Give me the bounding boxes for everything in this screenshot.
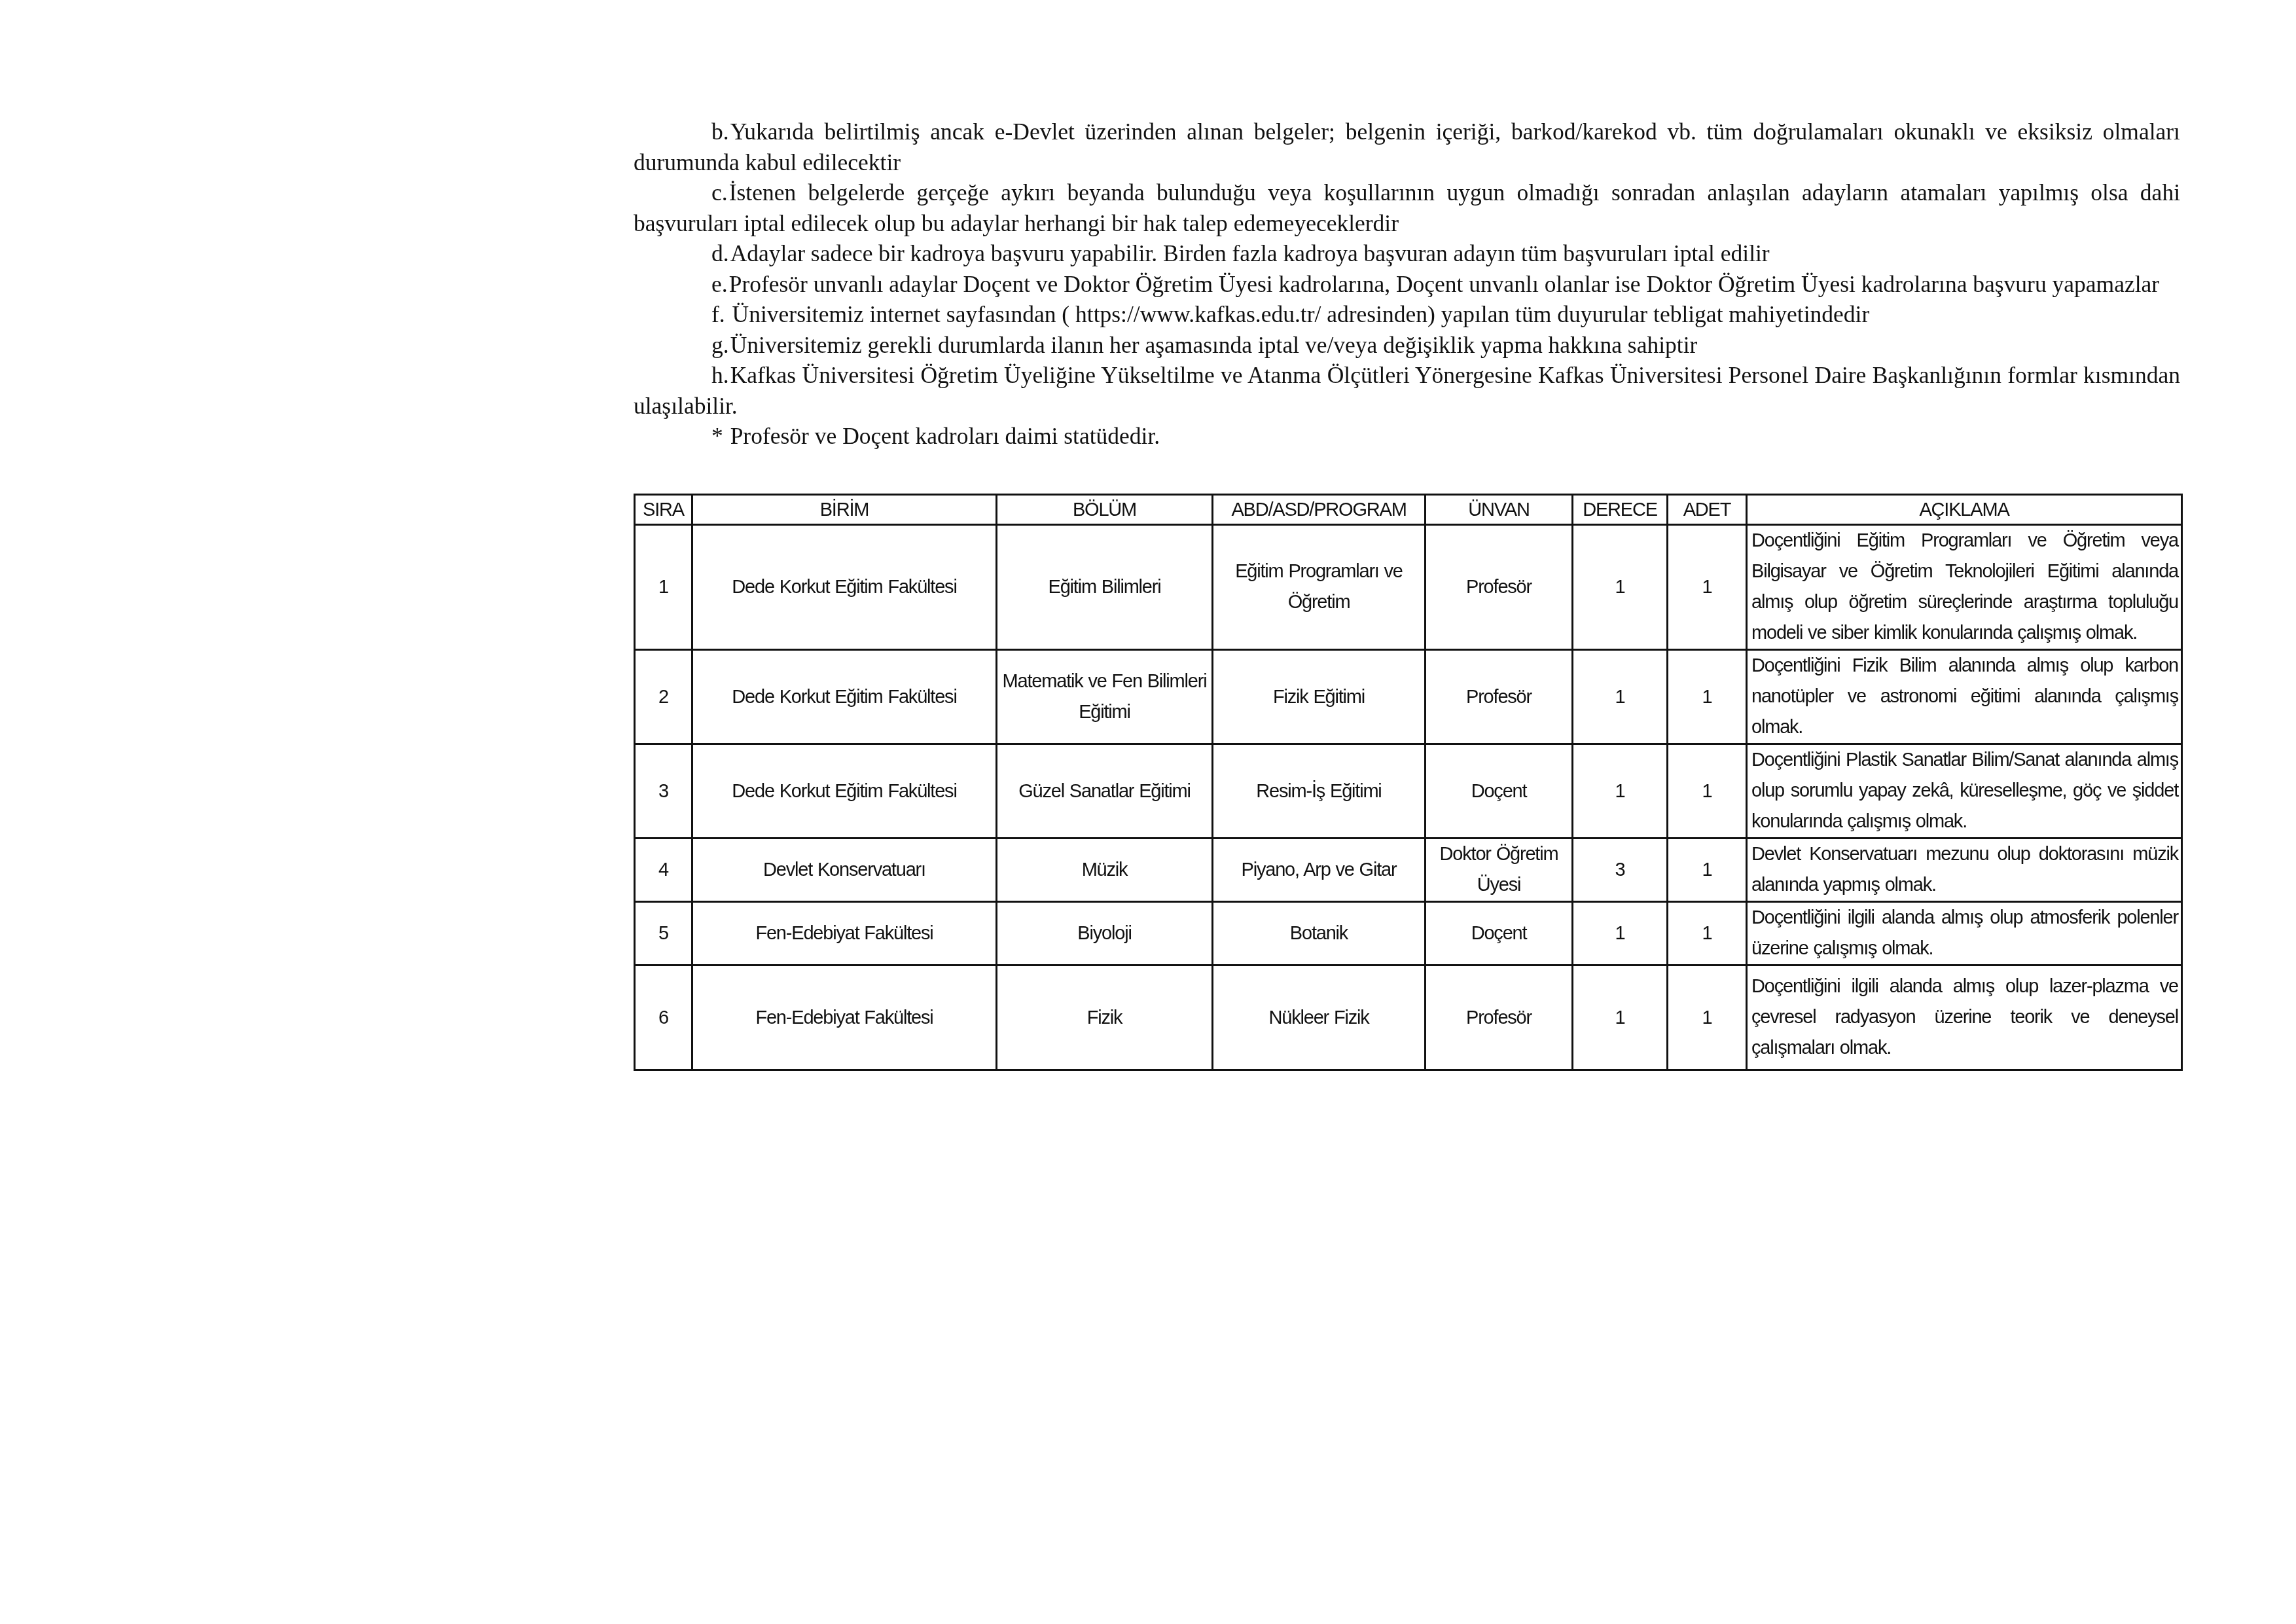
cell-birim: Dede Korkut Eğitim Fakültesi bbox=[692, 744, 997, 839]
cell-sira: 2 bbox=[635, 650, 692, 744]
table-row: 4 Devlet Konservatuarı Müzik Piyano, Arp… bbox=[635, 839, 2182, 902]
cell-program: Piyano, Arp ve Gitar bbox=[1213, 839, 1426, 902]
document-page: b.Yukarıda belirtilmiş ancak e-Devlet üz… bbox=[0, 0, 2296, 1624]
cell-aciklama: Doçentliğini ilgili alanda almış olup at… bbox=[1747, 902, 2182, 965]
header-birim: BİRİM bbox=[692, 495, 997, 525]
cell-birim: Devlet Konservatuarı bbox=[692, 839, 997, 902]
cell-aciklama: Doçentliğini ilgili alanda almış olup la… bbox=[1747, 965, 2182, 1070]
cell-bolum: Müzik bbox=[997, 839, 1213, 902]
condition-f: f. Üniversitemiz internet sayfasından ( … bbox=[634, 299, 2180, 330]
table-row: 2 Dede Korkut Eğitim Fakültesi Matematik… bbox=[635, 650, 2182, 744]
cell-derece: 1 bbox=[1573, 744, 1668, 839]
cell-aciklama: Doçentliğini Eğitim Programları ve Öğret… bbox=[1747, 525, 2182, 650]
condition-e: e.Profesör unvanlı adaylar Doçent ve Dok… bbox=[634, 269, 2180, 300]
item-marker: c. bbox=[711, 179, 728, 206]
item-marker: f. bbox=[711, 301, 725, 327]
item-text: Kafkas Üniversitesi Öğretim Üyeliğine Yü… bbox=[634, 362, 2180, 419]
cell-unvan: Profesör bbox=[1426, 650, 1573, 744]
table-header-row: SIRA BİRİM BÖLÜM ABD/ASD/PROGRAM ÜNVAN D… bbox=[635, 495, 2182, 525]
cell-aciklama: Devlet Konservatuarı mezunu olup doktora… bbox=[1747, 839, 2182, 902]
cell-sira: 3 bbox=[635, 744, 692, 839]
cell-derece: 1 bbox=[1573, 525, 1668, 650]
cell-bolum: Matematik ve Fen Bilimleri Eğitimi bbox=[997, 650, 1213, 744]
cell-program: Botanik bbox=[1213, 902, 1426, 965]
condition-b: b.Yukarıda belirtilmiş ancak e-Devlet üz… bbox=[634, 117, 2180, 177]
cell-adet: 1 bbox=[1668, 525, 1747, 650]
cell-unvan: Doçent bbox=[1426, 902, 1573, 965]
asterisk-marker: * bbox=[711, 423, 723, 449]
cell-birim: Fen-Edebiyat Fakültesi bbox=[692, 965, 997, 1070]
header-program: ABD/ASD/PROGRAM bbox=[1213, 495, 1426, 525]
conditions-text: b.Yukarıda belirtilmiş ancak e-Devlet üz… bbox=[634, 117, 2180, 452]
item-text: Profesör unvanlı adaylar Doçent ve Dokto… bbox=[729, 271, 2160, 297]
item-marker: e. bbox=[711, 271, 728, 297]
cell-derece: 1 bbox=[1573, 965, 1668, 1070]
cell-derece: 3 bbox=[1573, 839, 1668, 902]
cell-derece: 1 bbox=[1573, 902, 1668, 965]
cell-unvan: Profesör bbox=[1426, 525, 1573, 650]
footnote-note: * Profesör ve Doçent kadroları daimi sta… bbox=[634, 421, 2180, 452]
cell-bolum: Biyoloji bbox=[997, 902, 1213, 965]
cell-aciklama: Doçentliğini Plastik Sanatlar Bilim/Sana… bbox=[1747, 744, 2182, 839]
cell-sira: 4 bbox=[635, 839, 692, 902]
cell-birim: Fen-Edebiyat Fakültesi bbox=[692, 902, 997, 965]
condition-g: g.Üniversitemiz gerekli durumlarda ilanı… bbox=[634, 330, 2180, 361]
cell-program: Nükleer Fizik bbox=[1213, 965, 1426, 1070]
cell-adet: 1 bbox=[1668, 839, 1747, 902]
cell-unvan: Doktor Öğretim Üyesi bbox=[1426, 839, 1573, 902]
cell-sira: 6 bbox=[635, 965, 692, 1070]
cell-program: Resim-İş Eğitimi bbox=[1213, 744, 1426, 839]
header-derece: DERECE bbox=[1573, 495, 1668, 525]
header-aciklama: AÇIKLAMA bbox=[1747, 495, 2182, 525]
header-sira: SIRA bbox=[635, 495, 692, 525]
cell-derece: 1 bbox=[1573, 650, 1668, 744]
item-marker: h. bbox=[711, 362, 729, 388]
cell-bolum: Fizik bbox=[997, 965, 1213, 1070]
condition-c: c.İstenen belgelerde gerçeğe aykırı beya… bbox=[634, 177, 2180, 238]
table-row: 6 Fen-Edebiyat Fakültesi Fizik Nükleer F… bbox=[635, 965, 2182, 1070]
header-bolum: BÖLÜM bbox=[997, 495, 1213, 525]
condition-h: h.Kafkas Üniversitesi Öğretim Üyeliğine … bbox=[634, 360, 2180, 421]
condition-d: d.Adaylar sadece bir kadroya başvuru yap… bbox=[634, 238, 2180, 269]
cell-adet: 1 bbox=[1668, 650, 1747, 744]
cell-bolum: Eğitim Bilimleri bbox=[997, 525, 1213, 650]
positions-table: SIRA BİRİM BÖLÜM ABD/ASD/PROGRAM ÜNVAN D… bbox=[634, 494, 2183, 1071]
item-text: İstenen belgelerde gerçeğe aykırı beyand… bbox=[634, 179, 2180, 236]
cell-program: Fizik Eğitimi bbox=[1213, 650, 1426, 744]
cell-birim: Dede Korkut Eğitim Fakültesi bbox=[692, 525, 997, 650]
item-marker: d. bbox=[711, 240, 729, 266]
item-text: Profesör ve Doçent kadroları daimi statü… bbox=[730, 423, 1160, 449]
cell-program: Eğitim Programları ve Öğretim bbox=[1213, 525, 1426, 650]
item-marker: b. bbox=[711, 118, 729, 145]
cell-adet: 1 bbox=[1668, 965, 1747, 1070]
cell-unvan: Profesör bbox=[1426, 965, 1573, 1070]
cell-aciklama: Doçentliğini Fizik Bilim alanında almış … bbox=[1747, 650, 2182, 744]
cell-adet: 1 bbox=[1668, 902, 1747, 965]
cell-unvan: Doçent bbox=[1426, 744, 1573, 839]
cell-sira: 1 bbox=[635, 525, 692, 650]
item-text: Üniversitemiz internet sayfasından ( htt… bbox=[732, 301, 1870, 327]
table-row: 3 Dede Korkut Eğitim Fakültesi Güzel San… bbox=[635, 744, 2182, 839]
cell-bolum: Güzel Sanatlar Eğitimi bbox=[997, 744, 1213, 839]
item-text: Adaylar sadece bir kadroya başvuru yapab… bbox=[730, 240, 1770, 266]
cell-sira: 5 bbox=[635, 902, 692, 965]
item-text: Üniversitemiz gerekli durumlarda ilanın … bbox=[730, 332, 1698, 358]
table-row: 5 Fen-Edebiyat Fakültesi Biyoloji Botani… bbox=[635, 902, 2182, 965]
item-text: Yukarıda belirtilmiş ancak e-Devlet üzer… bbox=[634, 118, 2180, 175]
header-unvan: ÜNVAN bbox=[1426, 495, 1573, 525]
item-marker: g. bbox=[711, 332, 729, 358]
cell-adet: 1 bbox=[1668, 744, 1747, 839]
cell-birim: Dede Korkut Eğitim Fakültesi bbox=[692, 650, 997, 744]
header-adet: ADET bbox=[1668, 495, 1747, 525]
table-row: 1 Dede Korkut Eğitim Fakültesi Eğitim Bi… bbox=[635, 525, 2182, 650]
